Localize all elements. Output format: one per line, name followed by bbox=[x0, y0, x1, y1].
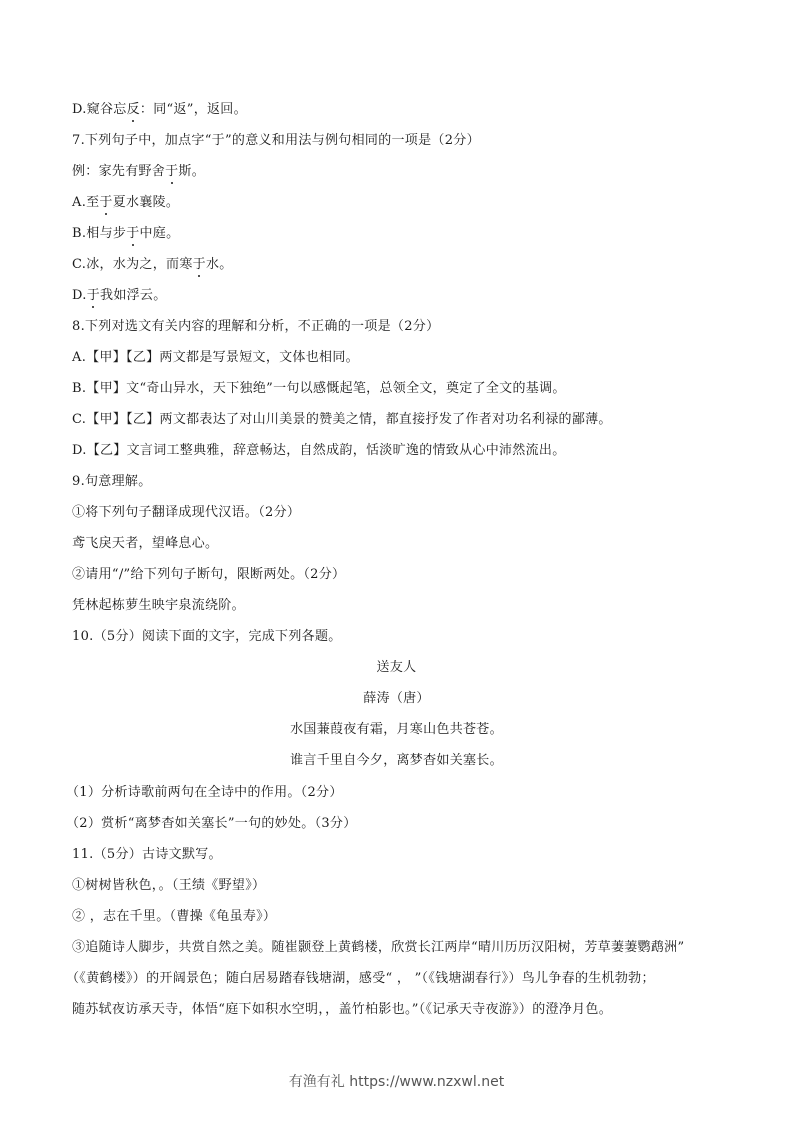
question-10: 10.（5分）阅读下面的文字，完成下列各题。 bbox=[72, 629, 342, 645]
q7-option-d: D.于我如浮云。 bbox=[72, 288, 167, 304]
dotted-char: 于 bbox=[99, 195, 112, 211]
q11-part-2: ② ，志在千里。（曹操《龟虽寿》） bbox=[72, 909, 276, 925]
question-8: 8.下列对选文有关内容的理解和分析，不正确的一项是（2分） bbox=[72, 319, 439, 335]
text: 水。 bbox=[206, 257, 233, 272]
q10-part-1: （1）分析诗歌前两句在全诗中的作用。（2分） bbox=[66, 785, 343, 801]
poem-line-1: 水国蒹葭夜有霜，月寒山色共苍苍。 bbox=[0, 722, 793, 738]
text: D. bbox=[72, 288, 87, 303]
q7-option-b: B.相与步于中庭。 bbox=[72, 226, 179, 242]
document-page: D.窥谷忘反：同“返”，返回。 7.下列句子中，加点字“于”的意义和用法与例句相… bbox=[0, 0, 793, 1122]
poem-line-2: 谁言千里自今夕，离梦杳如关塞长。 bbox=[0, 753, 793, 769]
text: A.至 bbox=[72, 195, 99, 210]
text: B.相与步 bbox=[72, 226, 126, 241]
q10-part-2: （2）赏析“离梦杳如关塞长”一句的妙处。（3分） bbox=[66, 816, 357, 832]
q9-part-2: ②请用“/”给下列句子断句，限断两处。（2分） bbox=[72, 567, 345, 583]
text: 我如浮云。 bbox=[100, 288, 167, 303]
text: 夏水襄陵。 bbox=[113, 195, 180, 210]
text: C.冰，水为之，而寒 bbox=[72, 257, 193, 272]
q11-part-1: ①树树皆秋色，。（王绩《野望》） bbox=[72, 878, 265, 894]
q11-part-3-line-3: 随苏轼夜访承天寺，体悟“庭下如积水空明，，盖竹柏影也。”（《记承天寺夜游》）的澄… bbox=[72, 1002, 612, 1018]
text: D.窥谷忘 bbox=[72, 102, 127, 117]
q9-part-1: ①将下列句子翻译成现代汉语。（2分） bbox=[72, 505, 300, 521]
dotted-char: 于 bbox=[126, 226, 139, 242]
q9-sentence-2: 凭林起栋萝生映宇泉流绕阶。 bbox=[72, 598, 245, 614]
text: 斯。 bbox=[178, 164, 205, 179]
q11-part-3-line-1: ③追随诗人脚步，共赏自然之美。随崔颢登上黄鹤楼，欣赏长江两岸“晴川历历汉阳树，芳… bbox=[72, 940, 684, 956]
footer-watermark: 有渔有礼 https://www.nzxwl.net bbox=[0, 1071, 793, 1091]
q8-option-b: B.【甲】文“奇山异水，天下独绝”一句以感慨起笔，总领全文，奠定了全文的基调。 bbox=[72, 381, 566, 397]
option-d-line: D.窥谷忘反：同“返”，返回。 bbox=[72, 102, 247, 118]
poem-title: 送友人 bbox=[0, 660, 793, 676]
q11-part-3-line-2: （《黄鹤楼》）的开阔景色；随白居易踏春钱塘湖，感受“ ， ”（《钱塘湖春行》）鸟… bbox=[66, 971, 655, 987]
question-9: 9.句意理解。 bbox=[72, 474, 152, 490]
text: 中庭。 bbox=[140, 226, 180, 241]
dotted-char: 于 bbox=[193, 257, 206, 273]
q7-option-a: A.至于夏水襄陵。 bbox=[72, 195, 179, 211]
text: ：同“返”，返回。 bbox=[140, 102, 247, 117]
text: 例：家先有野舍 bbox=[72, 164, 165, 179]
example-line: 例：家先有野舍于斯。 bbox=[72, 164, 205, 180]
q8-option-d: D.【乙】文言词工整典雅，辞意畅达，自然成韵，恬淡旷逸的情致从心中沛然流出。 bbox=[72, 443, 566, 459]
poem-author: 薛涛（唐） bbox=[0, 691, 793, 707]
question-11: 11.（5分）古诗文默写。 bbox=[72, 847, 222, 863]
question-7: 7.下列句子中，加点字“于”的意义和用法与例句相同的一项是（2分） bbox=[72, 133, 480, 149]
q8-option-a: A.【甲】【乙】两文都是写景短文，文体也相同。 bbox=[72, 350, 359, 366]
q7-option-c: C.冰，水为之，而寒于水。 bbox=[72, 257, 233, 273]
dotted-char: 于 bbox=[87, 288, 100, 304]
dotted-char: 于 bbox=[165, 164, 178, 180]
dotted-char: 反 bbox=[127, 102, 140, 118]
q9-sentence-1: 鸢飞戾天者，望峰息心。 bbox=[72, 536, 218, 552]
q8-option-c: C.【甲】【乙】两文都表达了对山川美景的赞美之情，都直接抒发了作者对功名利禄的鄙… bbox=[72, 412, 612, 428]
